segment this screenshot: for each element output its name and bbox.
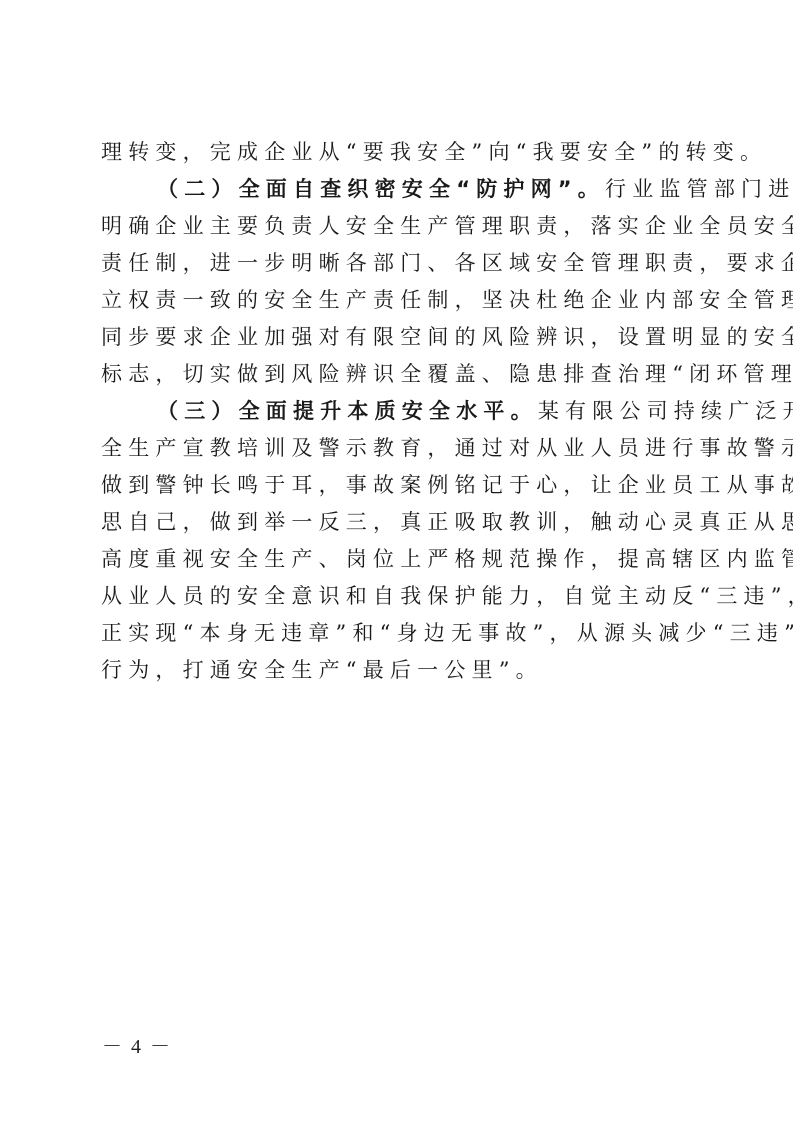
text-line: 标志，切实做到风险辨识全覆盖、隐患排查治理“闭环管理”。 [101,356,693,393]
text-line: 全生产宣教培训及警示教育，通过对从业人员进行事故警示教育， [101,430,693,467]
text-line: 行为，打通安全生产“最后一公里”。 [101,652,693,689]
body-text: 理转变，完成企业从“要我安全”向“我要安全”的转变。 （二）全面自查织密安全“防… [101,134,693,689]
text-line: 思自己，做到举一反三，真正吸取教训，触动心灵真正从思想上 [101,504,693,541]
page-number: － 4 － [102,1030,172,1059]
text-run: 行业监管部门进一步 [605,177,793,201]
document-page: 理转变，完成企业从“要我安全”向“我要安全”的转变。 （二）全面自查织密安全“防… [0,0,793,1122]
text-run: 某有限公司持续广泛开展安 [538,399,793,423]
text-line: 责任制，进一步明晰各部门、各区域安全管理职责，要求企业建 [101,245,693,282]
section-heading: （三）全面提升本质安全水平。 [157,399,538,423]
text-line: 理转变，完成企业从“要我安全”向“我要安全”的转变。 [101,134,693,171]
text-line: 正实现“本身无违章”和“身边无事故”，从源头减少“三违” [101,615,693,652]
text-line: 做到警钟长鸣于耳，事故案例铭记于心，让企业员工从事故中反 [101,467,693,504]
text-line: 同步要求企业加强对有限空间的风险辨识，设置明显的安全警示 [101,319,693,356]
section-heading: （二）全面自查织密安全“防护网”。 [157,177,605,201]
text-line: 高度重视安全生产、岗位上严格规范操作，提高辖区内监管企业 [101,541,693,578]
section-heading-line: （二）全面自查织密安全“防护网”。行业监管部门进一步 [101,171,693,208]
text-line: 立权责一致的安全生产责任制，坚决杜绝企业内部安全管理盲区。 [101,282,693,319]
text-line: 从业人员的安全意识和自我保护能力，自觉主动反“三违”，真 [101,578,693,615]
section-heading-line: （三）全面提升本质安全水平。某有限公司持续广泛开展安 [101,393,693,430]
text-line: 明确企业主要负责人安全生产管理职责，落实企业全员安全生产 [101,208,693,245]
